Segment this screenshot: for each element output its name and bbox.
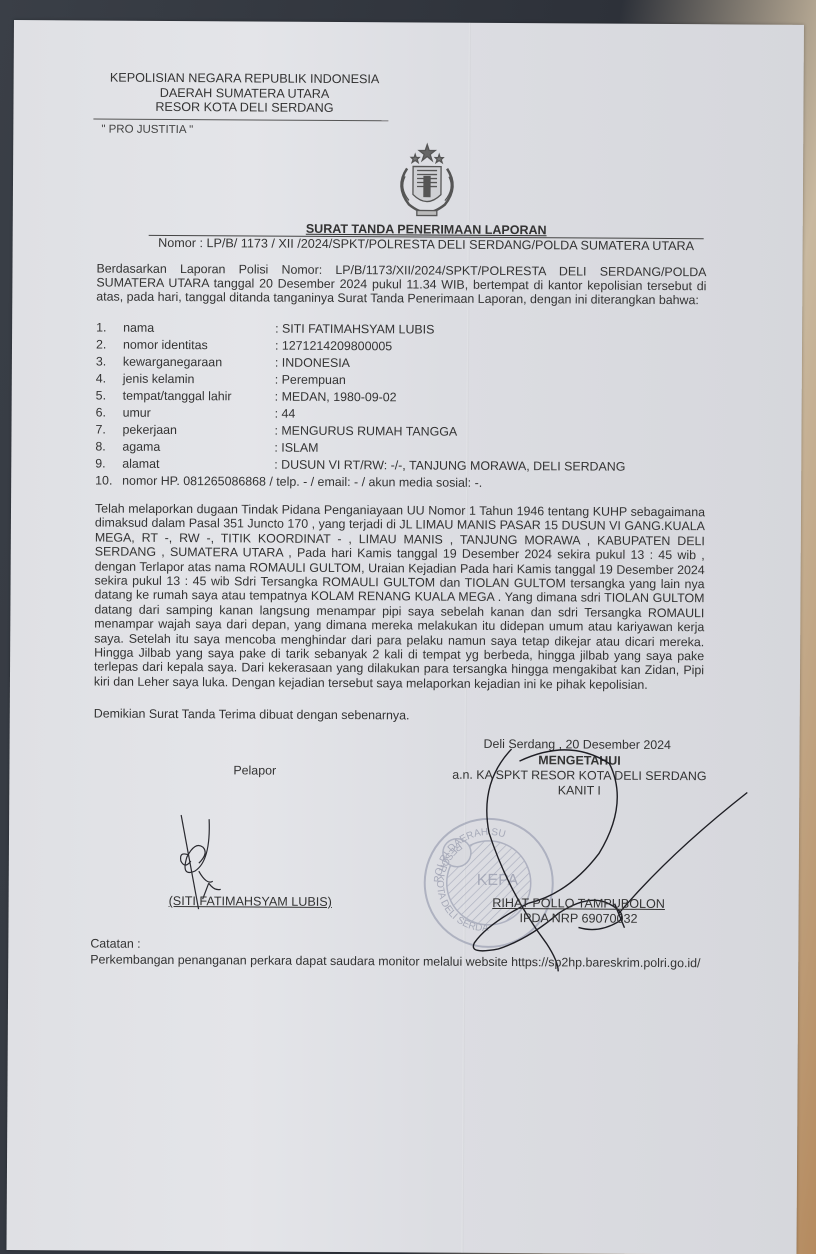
- website-note: Perkembangan penanganan perkara dapat sa…: [90, 952, 700, 970]
- field-value: : 1271214209800005: [275, 338, 392, 356]
- document-page: KEPOLISIAN NEGARA REPUBLIK INDONESIA DAE…: [6, 20, 803, 1254]
- field-label: alamat: [122, 456, 274, 474]
- field-value: : SITI FATIMAHSYAM LUBIS: [275, 321, 434, 339]
- field-value: : MEDAN, 1980-09-02: [275, 389, 397, 407]
- field-number: 9.: [95, 456, 122, 473]
- reporter-label: Pelapor: [233, 763, 276, 777]
- field-number: 10.: [95, 473, 122, 490]
- field-row: 10.nomor HP. 081265086868 / telp. - / em…: [95, 473, 625, 493]
- field-label: nomor identitas: [123, 337, 275, 355]
- police-crest-icon: [387, 142, 467, 222]
- field-value: : MENGURUS RUMAH TANGGA: [274, 423, 457, 441]
- reporter-details: 1.nama: SITI FATIMAHSYAM LUBIS 2.nomor i…: [95, 320, 626, 493]
- field-value: : DUSUN VI RT/RW: -/-, TANJUNG MORAWA, D…: [274, 457, 625, 476]
- incident-description: Telah melaporkan dugaan Tindak Pidana Pe…: [94, 502, 705, 693]
- field-number: 3.: [96, 354, 123, 371]
- letterhead-line-3: RESOR KOTA DELI SERDANG: [99, 100, 389, 116]
- report-number: Nomor : LP/B/ 1173 / XII /2024/SPKT/POLR…: [149, 236, 704, 253]
- field-label: jenis kelamin: [123, 371, 275, 389]
- field-number: 1.: [96, 320, 123, 337]
- field-value: : 44: [275, 406, 296, 423]
- field-value: : Perempuan: [275, 372, 346, 389]
- pro-justitia: " PRO JUSTITIA ": [101, 124, 193, 137]
- field-label: tempat/tanggal lahir: [123, 388, 275, 406]
- field-label: kewarganegaraan: [123, 354, 275, 372]
- field-label: pekerjaan: [122, 422, 274, 440]
- field-number: 8.: [95, 439, 122, 456]
- field-number: 4.: [96, 371, 123, 388]
- reporter-name: (SITI FATIMAHSYAM LUBIS): [169, 894, 332, 909]
- intro-paragraph: Berdasarkan Laporan Polisi Nomor: LP/B/1…: [96, 262, 706, 308]
- field-label: nama: [123, 320, 275, 338]
- field-number: 5.: [96, 388, 123, 405]
- officer-name: RIHAT POLLO TAMPUBOLON: [489, 896, 669, 912]
- letterhead-divider: [93, 118, 388, 121]
- field-value: : ISLAM: [274, 440, 318, 457]
- officer-signature-icon: [428, 743, 759, 975]
- field-number: 6.: [96, 405, 123, 422]
- field-number: 2.: [96, 337, 123, 354]
- note-label: Catatan :: [90, 936, 140, 950]
- field-number: 7.: [95, 422, 122, 439]
- field-label: nomor HP. 081265086868 / telp. - / email…: [122, 473, 482, 492]
- field-label: umur: [123, 405, 275, 423]
- field-value: : INDONESIA: [275, 355, 350, 372]
- officer-rank: IPDA NRP 69070032: [488, 911, 668, 927]
- field-label: agama: [122, 439, 274, 457]
- officer-block: RIHAT POLLO TAMPUBOLON IPDA NRP 69070032: [488, 896, 668, 927]
- closing-statement: Demikian Surat Tanda Terima dibuat denga…: [94, 707, 410, 723]
- letterhead: KEPOLISIAN NEGARA REPUBLIK INDONESIA DAE…: [99, 71, 389, 116]
- letterhead-line-1: KEPOLISIAN NEGARA REPUBLIK INDONESIA: [100, 71, 390, 87]
